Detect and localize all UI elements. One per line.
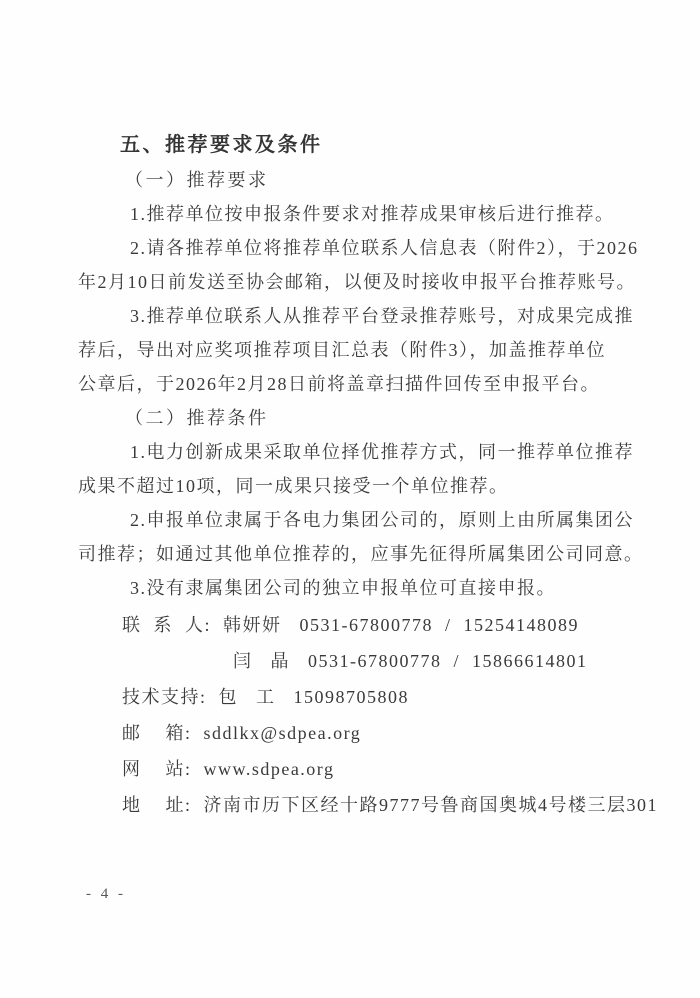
paragraph-line: 司推荐；如通过其他单位推荐的，应事先征得所属集团公司同意。 (78, 537, 638, 571)
tech-support-line: 技术支持: 包 工 15098705808 (78, 679, 638, 715)
paragraph-line: 3.没有隶属集团公司的独立申报单位可直接申报。 (78, 571, 638, 605)
paragraph-line: 公章后，于2026年2月28日前将盖章扫描件回传至申报平台。 (78, 367, 638, 401)
paragraph-line: 年2月10日前发送至协会邮箱，以便及时接收申报平台推荐账号。 (78, 265, 638, 299)
contact-person-line-2: 闫 晶 0531-67800778 / 15866614801 (78, 643, 638, 679)
subsection-heading-2: （二）推荐条件 (78, 401, 638, 435)
paragraph-line: 成果不超过10项，同一成果只接受一个单位推荐。 (78, 469, 638, 503)
paragraph-line: 荐后，导出对应奖项推荐项目汇总表（附件3），加盖推荐单位 (78, 333, 638, 367)
section-heading: 五、推荐要求及条件 (78, 127, 638, 163)
paragraph-line: 1.电力创新成果采取单位择优推荐方式，同一推荐单位推荐 (78, 435, 638, 469)
document-content: 五、推荐要求及条件 （一）推荐要求 1.推荐单位按申报条件要求对推荐成果审核后进… (78, 127, 638, 823)
address-line: 地 址: 济南市历下区经十路9777号鲁商国奥城4号楼三层301 (78, 787, 638, 823)
email-line: 邮 箱: sddlkx@sdpea.org (78, 715, 638, 751)
paragraph-line: 2.请各推荐单位将推荐单位联系人信息表（附件2），于2026 (78, 231, 638, 265)
website-line: 网 站: www.sdpea.org (78, 751, 638, 787)
contact-person-line: 联 系 人: 韩妍妍 0531-67800778 / 15254148089 (78, 607, 638, 643)
paragraph-line: 1.推荐单位按申报条件要求对推荐成果审核后进行推荐。 (78, 197, 638, 231)
paragraph-line: 3.推荐单位联系人从推荐平台登录推荐账号，对成果完成推 (78, 299, 638, 333)
paragraph-line: 2.申报单位隶属于各电力集团公司的，原则上由所属集团公 (78, 503, 638, 537)
page-number: - 4 - (86, 886, 126, 903)
subsection-heading-1: （一）推荐要求 (78, 163, 638, 197)
document-page: 五、推荐要求及条件 （一）推荐要求 1.推荐单位按申报条件要求对推荐成果审核后进… (0, 0, 700, 998)
